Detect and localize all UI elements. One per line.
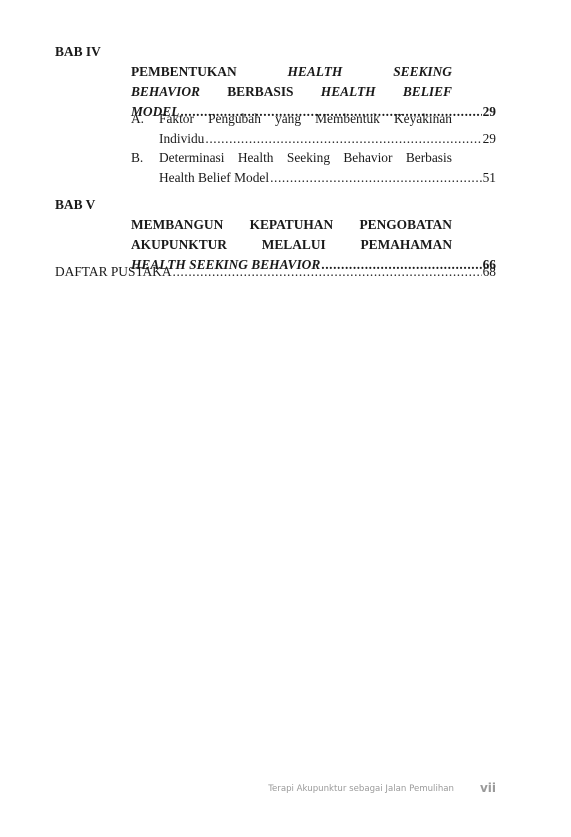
toc-entry-bibliography[interactable]: DAFTAR PUSTAKA 68: [55, 262, 496, 282]
title-word: Health: [238, 148, 274, 168]
dot-leader: [270, 168, 482, 188]
book-title: Terapi Akupunktur sebagai Jalan Pemuliha…: [268, 784, 454, 794]
page-number[interactable]: 68: [483, 262, 496, 282]
toc-entry-chapter-5[interactable]: BAB V MEMBANGUN KEPATUHAN PENGOBATAN AKU…: [55, 195, 496, 215]
page-footer: Terapi Akupunktur sebagai Jalan Pemuliha…: [0, 781, 496, 799]
title-word: Seeking: [287, 148, 330, 168]
title-word: MELALUI: [262, 235, 326, 255]
title-word: yang: [275, 109, 301, 129]
title-word: HEALTH: [321, 82, 376, 102]
title-word: Pengubah: [208, 109, 261, 129]
page-number[interactable]: 29: [483, 129, 496, 149]
chapter-label: BAB V: [55, 195, 496, 215]
title-word: Membentuk: [315, 109, 380, 129]
title-word: Faktor: [159, 109, 194, 129]
title-word: Keyakinan: [394, 109, 452, 129]
title-word: PENGOBATAN: [359, 215, 452, 235]
section-title: Faktor Pengubah yang Membentuk Keyakinan…: [159, 109, 496, 148]
dot-leader: [173, 262, 482, 282]
page-number[interactable]: 51: [483, 168, 496, 188]
title-word: Health Belief Model: [159, 168, 269, 188]
section-letter: A.: [131, 109, 144, 129]
title-word: PEMBENTUKAN: [131, 62, 237, 82]
title-word: Behavior: [343, 148, 392, 168]
title-word: HEALTH: [288, 62, 343, 82]
title-word: PEMAHAMAN: [361, 235, 453, 255]
title-word: Individu: [159, 129, 204, 149]
title-word: SEEKING: [393, 62, 452, 82]
title-word: Berbasis: [406, 148, 452, 168]
title-word: BEHAVIOR: [131, 82, 200, 102]
dot-leader: [205, 129, 481, 149]
toc-entry-chapter-4[interactable]: BAB IV PEMBENTUKAN HEALTH SEEKING BEHAVI…: [55, 42, 496, 62]
title-word: BERBASIS: [227, 82, 293, 102]
bibliography-label: DAFTAR PUSTAKA: [55, 262, 172, 282]
title-word: AKUPUNKTUR: [131, 235, 227, 255]
title-word: BELIEF: [403, 82, 452, 102]
section-letter: B.: [131, 148, 143, 168]
title-word: MEMBANGUN: [131, 215, 223, 235]
chapter-label: BAB IV: [55, 42, 496, 62]
title-word: Determinasi: [159, 148, 224, 168]
footer-page-number: vii: [480, 781, 496, 795]
section-title: Determinasi Health Seeking Behavior Berb…: [159, 148, 496, 187]
title-word: KEPATUHAN: [250, 215, 334, 235]
